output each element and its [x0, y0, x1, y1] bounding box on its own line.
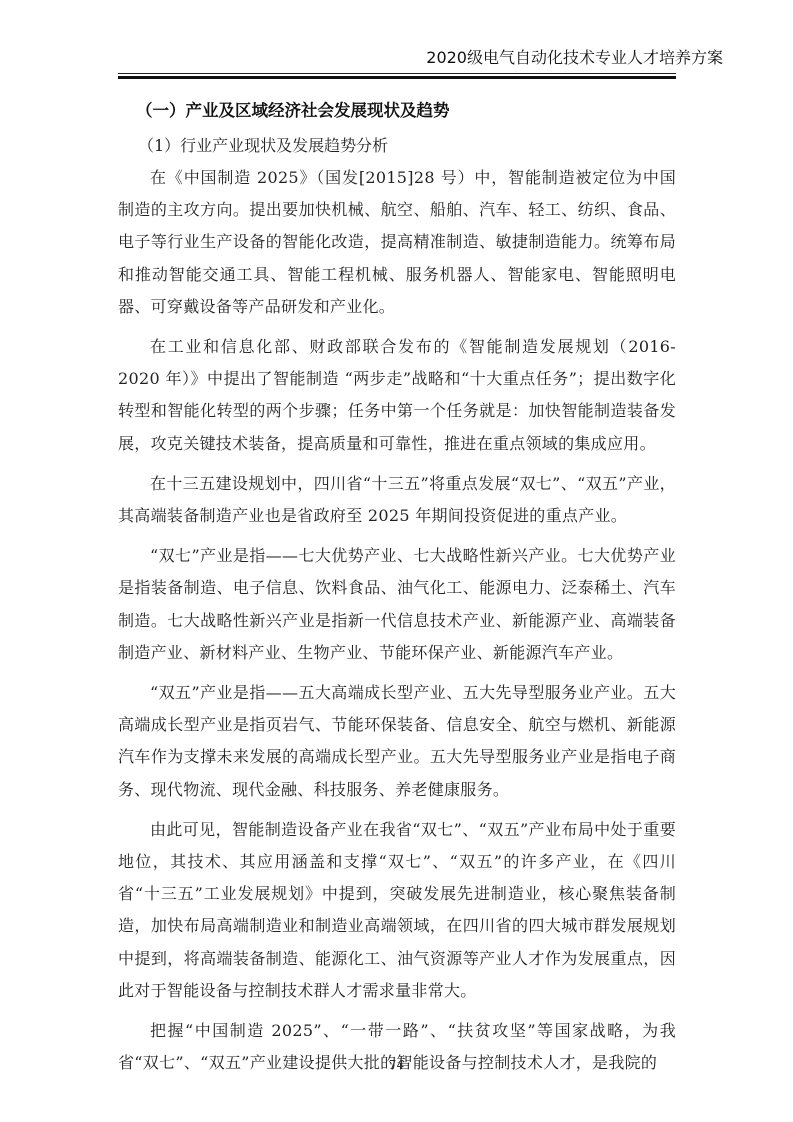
paragraph-sichuan-13th-five-year: 在十三五建设规划中，四川省“十三五”将重点发展“双七”、“双五”产业，其高端装备… [118, 468, 676, 532]
sub-heading: （1）行业产业现状及发展趋势分析 [138, 129, 676, 162]
running-header-title: 2020级电气自动化技术专业人才培养方案 [426, 45, 723, 68]
paragraph-double-five: “双五”产业是指——五大高端成长型产业、五大先导型服务业产业。五大高端成长型产业… [118, 677, 676, 806]
document-body: （一）产业及区域经济社会发展现状及趋势 （1）行业产业现状及发展趋势分析 在《中… [118, 93, 676, 1087]
section-heading: （一）产业及区域经济社会发展现状及趋势 [136, 93, 676, 129]
paragraph-smart-manufacturing-plan: 在工业和信息化部、财政部联合发布的《智能制造发展规划（2016-2020 年）》… [118, 331, 676, 460]
header-divider-thin-line [118, 73, 676, 74]
header-divider [118, 73, 676, 80]
document-page: 2020级电气自动化技术专业人才培养方案 （一）产业及区域经济社会发展现状及趋势… [0, 0, 793, 1122]
page-number: 74 [0, 1058, 793, 1072]
paragraph-conclusion: 由此可见，智能制造设备产业在我省“双七”、“双五”产业布局中处于重要地位，其技术… [118, 814, 676, 1007]
paragraph-made-in-china-2025: 在《中国制造 2025》（国发[2015]28 号）中，智能制造被定位为中国制造… [118, 162, 676, 323]
header-divider-thick-line [118, 76, 676, 79]
paragraph-double-seven: “双七”产业是指——七大优势产业、七大战略性新兴产业。七大优势产业是指装备制造、… [118, 540, 676, 669]
